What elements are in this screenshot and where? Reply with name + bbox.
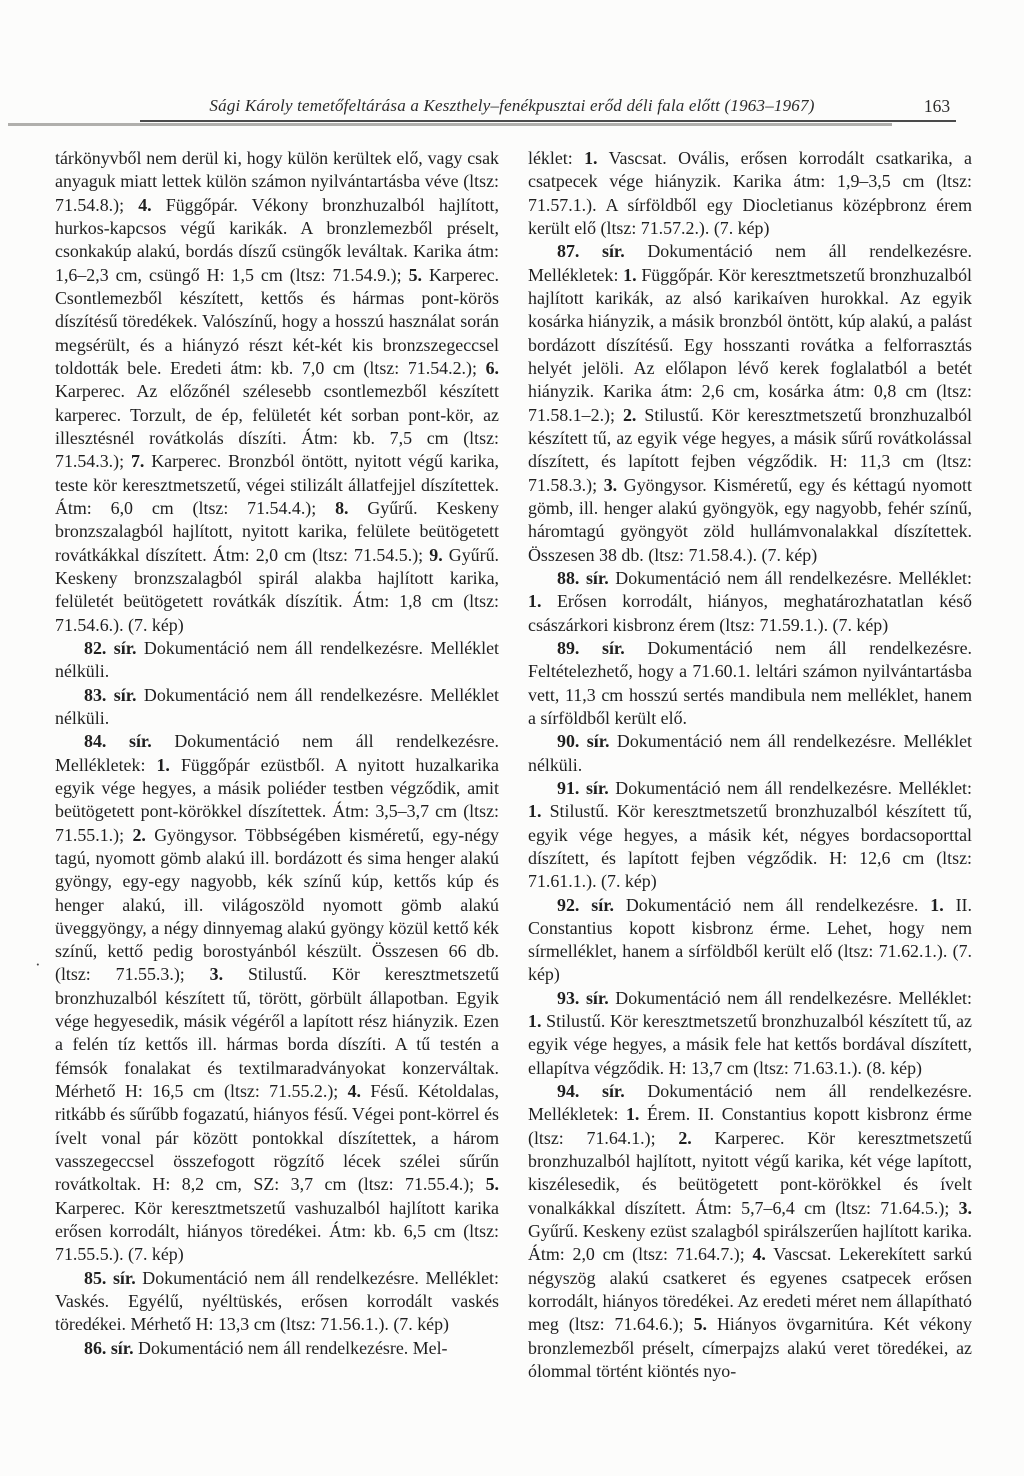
bold-run: 90. sír. [557,731,610,751]
bold-run: 3. [959,1198,972,1218]
paragraph: 83. sír. Dokumentáció nem áll rendelkezé… [55,684,499,731]
bold-run: 91. sír. [557,778,609,798]
page-number: 163 [912,96,962,117]
right-column: léklet: 1. Vascsat. Ovális, erősen korro… [528,147,972,1383]
text-run: Dokumentáció nem áll rendelkezésre. Mell… [609,988,972,1008]
text-run: léklet: [528,148,584,168]
bold-run: 4. [752,1244,765,1264]
bold-run: 4. [138,195,151,215]
bold-run: 9. [429,545,442,565]
bold-run: 88. sír. [557,568,609,588]
bold-run: 1. [930,895,943,915]
paragraph: tárkönyvből nem derül ki, hogy külön ker… [55,147,499,637]
bold-run: 1. [156,755,169,775]
text-run: Dokumentáció nem áll rendelkezésre. Mel- [134,1338,448,1358]
left-column: tárkönyvből nem derül ki, hogy külön ker… [55,147,499,1360]
header-rule-dark [140,120,956,122]
bold-run: 3. [210,964,223,984]
text-run: Függőpár. Kör keresztmetszetű bronzhuzal… [528,265,972,425]
text-run: Dokumentáció nem áll rendelkezésre. Mell… [609,778,972,798]
bold-run: 8. [335,498,348,518]
bold-run: 1. [528,1011,541,1031]
bold-run: 89. sír. [557,638,625,658]
header-rule-gray [8,123,892,126]
bold-run: 82. sír. [84,638,137,658]
paragraph: 94. sír. Dokumentáció nem áll rendelkezé… [528,1080,972,1383]
text-run: Erősen korrodált, hiányos, meghatározhat… [528,591,972,634]
paragraph: 93. sír. Dokumentáció nem áll rendelkezé… [528,987,972,1080]
margin-dot-artifact: · [35,955,41,975]
text-run: Stilustű. Kör keresztmetszetű bronzhuzal… [528,801,972,891]
paragraph: 89. sír. Dokumentáció nem áll rendelkezé… [528,637,972,730]
bold-run: 5. [486,1174,499,1194]
text-run: Dokumentáció nem áll rendelkezésre. Mell… [609,568,972,588]
text-run: Dokumentáció nem áll rendelkezésre. [614,895,930,915]
bold-run: 1. [626,1104,639,1124]
paragraph: 91. sír. Dokumentáció nem áll rendelkezé… [528,777,972,894]
bold-run: 5. [409,265,422,285]
bold-run: 84. sír. [84,731,152,751]
text-run: Stilustű. Kör keresztmetszetű bronzhuzal… [528,1011,972,1078]
bold-run: 85. sír. [84,1268,136,1288]
paragraph: 90. sír. Dokumentáció nem áll rendelkezé… [528,730,972,777]
paragraph: 92. sír. Dokumentáció nem áll rendelkezé… [528,894,972,987]
text-run: Karperec. Kör keresztmetszetű vashuzalbó… [55,1198,499,1265]
bold-run: 2. [678,1128,691,1148]
bold-run: 2. [132,825,145,845]
paragraph: 82. sír. Dokumentáció nem áll rendelkezé… [55,637,499,684]
paragraph: 84. sír. Dokumentáció nem áll rendelkezé… [55,730,499,1267]
paragraph: 86. sír. Dokumentáció nem áll rendelkezé… [55,1337,499,1360]
bold-run: 94. sír. [557,1081,625,1101]
bold-run: 1. [584,148,597,168]
text-run: Gyöngysor. Többségében kisméretű, egy-né… [55,825,499,985]
scanned-journal-page: Sági Károly temetőfeltárása a Keszthely–… [0,0,1024,1476]
bold-run: 3. [604,475,617,495]
bold-run: 92. sír. [557,895,614,915]
bold-run: 2. [623,405,636,425]
bold-run: 83. sír. [84,685,137,705]
bold-run: 1. [528,591,541,611]
bold-run: 1. [623,265,636,285]
running-title: Sági Károly temetőfeltárása a Keszthely–… [92,96,932,116]
bold-run: 87. sír. [557,241,625,261]
paragraph: 85. sír. Dokumentáció nem áll rendelkezé… [55,1267,499,1337]
bold-run: 86. sír. [84,1338,134,1358]
paragraph: 88. sír. Dokumentáció nem áll rendelkezé… [528,567,972,637]
paragraph: 87. sír. Dokumentáció nem áll rendelkezé… [528,240,972,567]
paragraph: léklet: 1. Vascsat. Ovális, erősen korro… [528,147,972,240]
bold-run: 1. [528,801,541,821]
bold-run: 5. [694,1314,707,1334]
bold-run: 4. [348,1081,361,1101]
bold-run: 7. [131,451,144,471]
bold-run: 93. sír. [557,988,609,1008]
bold-run: 6. [486,358,499,378]
